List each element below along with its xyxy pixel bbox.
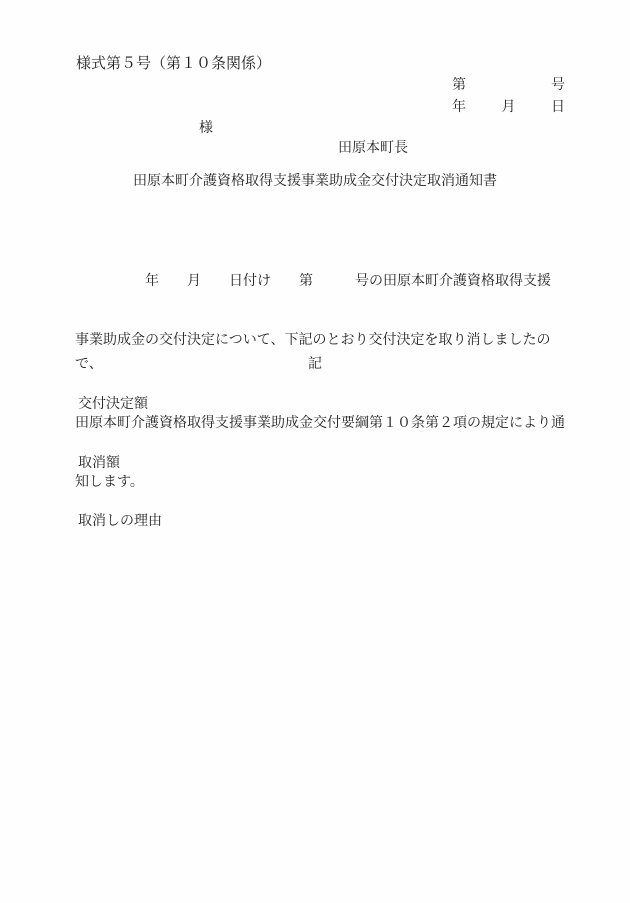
document-title: 田原本町介護資格取得支援事業助成金交付決定取消通知書 [0,174,630,190]
section-mark-ki: 記 [0,357,630,373]
date-month-label: 月 [502,100,516,116]
date-day-label: 日 [551,100,565,116]
date-year-label: 年 [452,100,466,116]
recipient-honorific: 様 [199,121,213,137]
field-label-cancellation-reason: 取消しの理由 [78,514,162,530]
document-number-prefix: 第 [452,78,466,94]
body-paragraph: 年 月 日付け 第 号の田原本町介護資格取得支援 事業助成金の交付決定について、… [75,234,569,530]
document-number-suffix: 号 [551,78,565,94]
field-label-cancellation-amount: 取消額 [78,456,120,472]
body-line: 年 月 日付け 第 号の田原本町介護資格取得支援 [75,270,569,293]
body-line: 田原本町介護資格取得支援事業助成金交付要綱第１０条第２項の規定により通 [75,412,569,435]
field-label-grant-decision-amount: 交付決定額 [78,397,148,413]
document-page: 様式第５号（第１０条関係） 第 号 年 月 日 様 田原本町長 田原本町介護資格… [0,0,630,903]
date-line: 年 月 日 [452,100,565,116]
sender-title: 田原本町長 [338,141,408,157]
document-number-line: 第 号 [452,78,565,94]
body-line: 知します。 [75,471,569,494]
form-number: 様式第５号（第１０条関係） [76,56,271,73]
